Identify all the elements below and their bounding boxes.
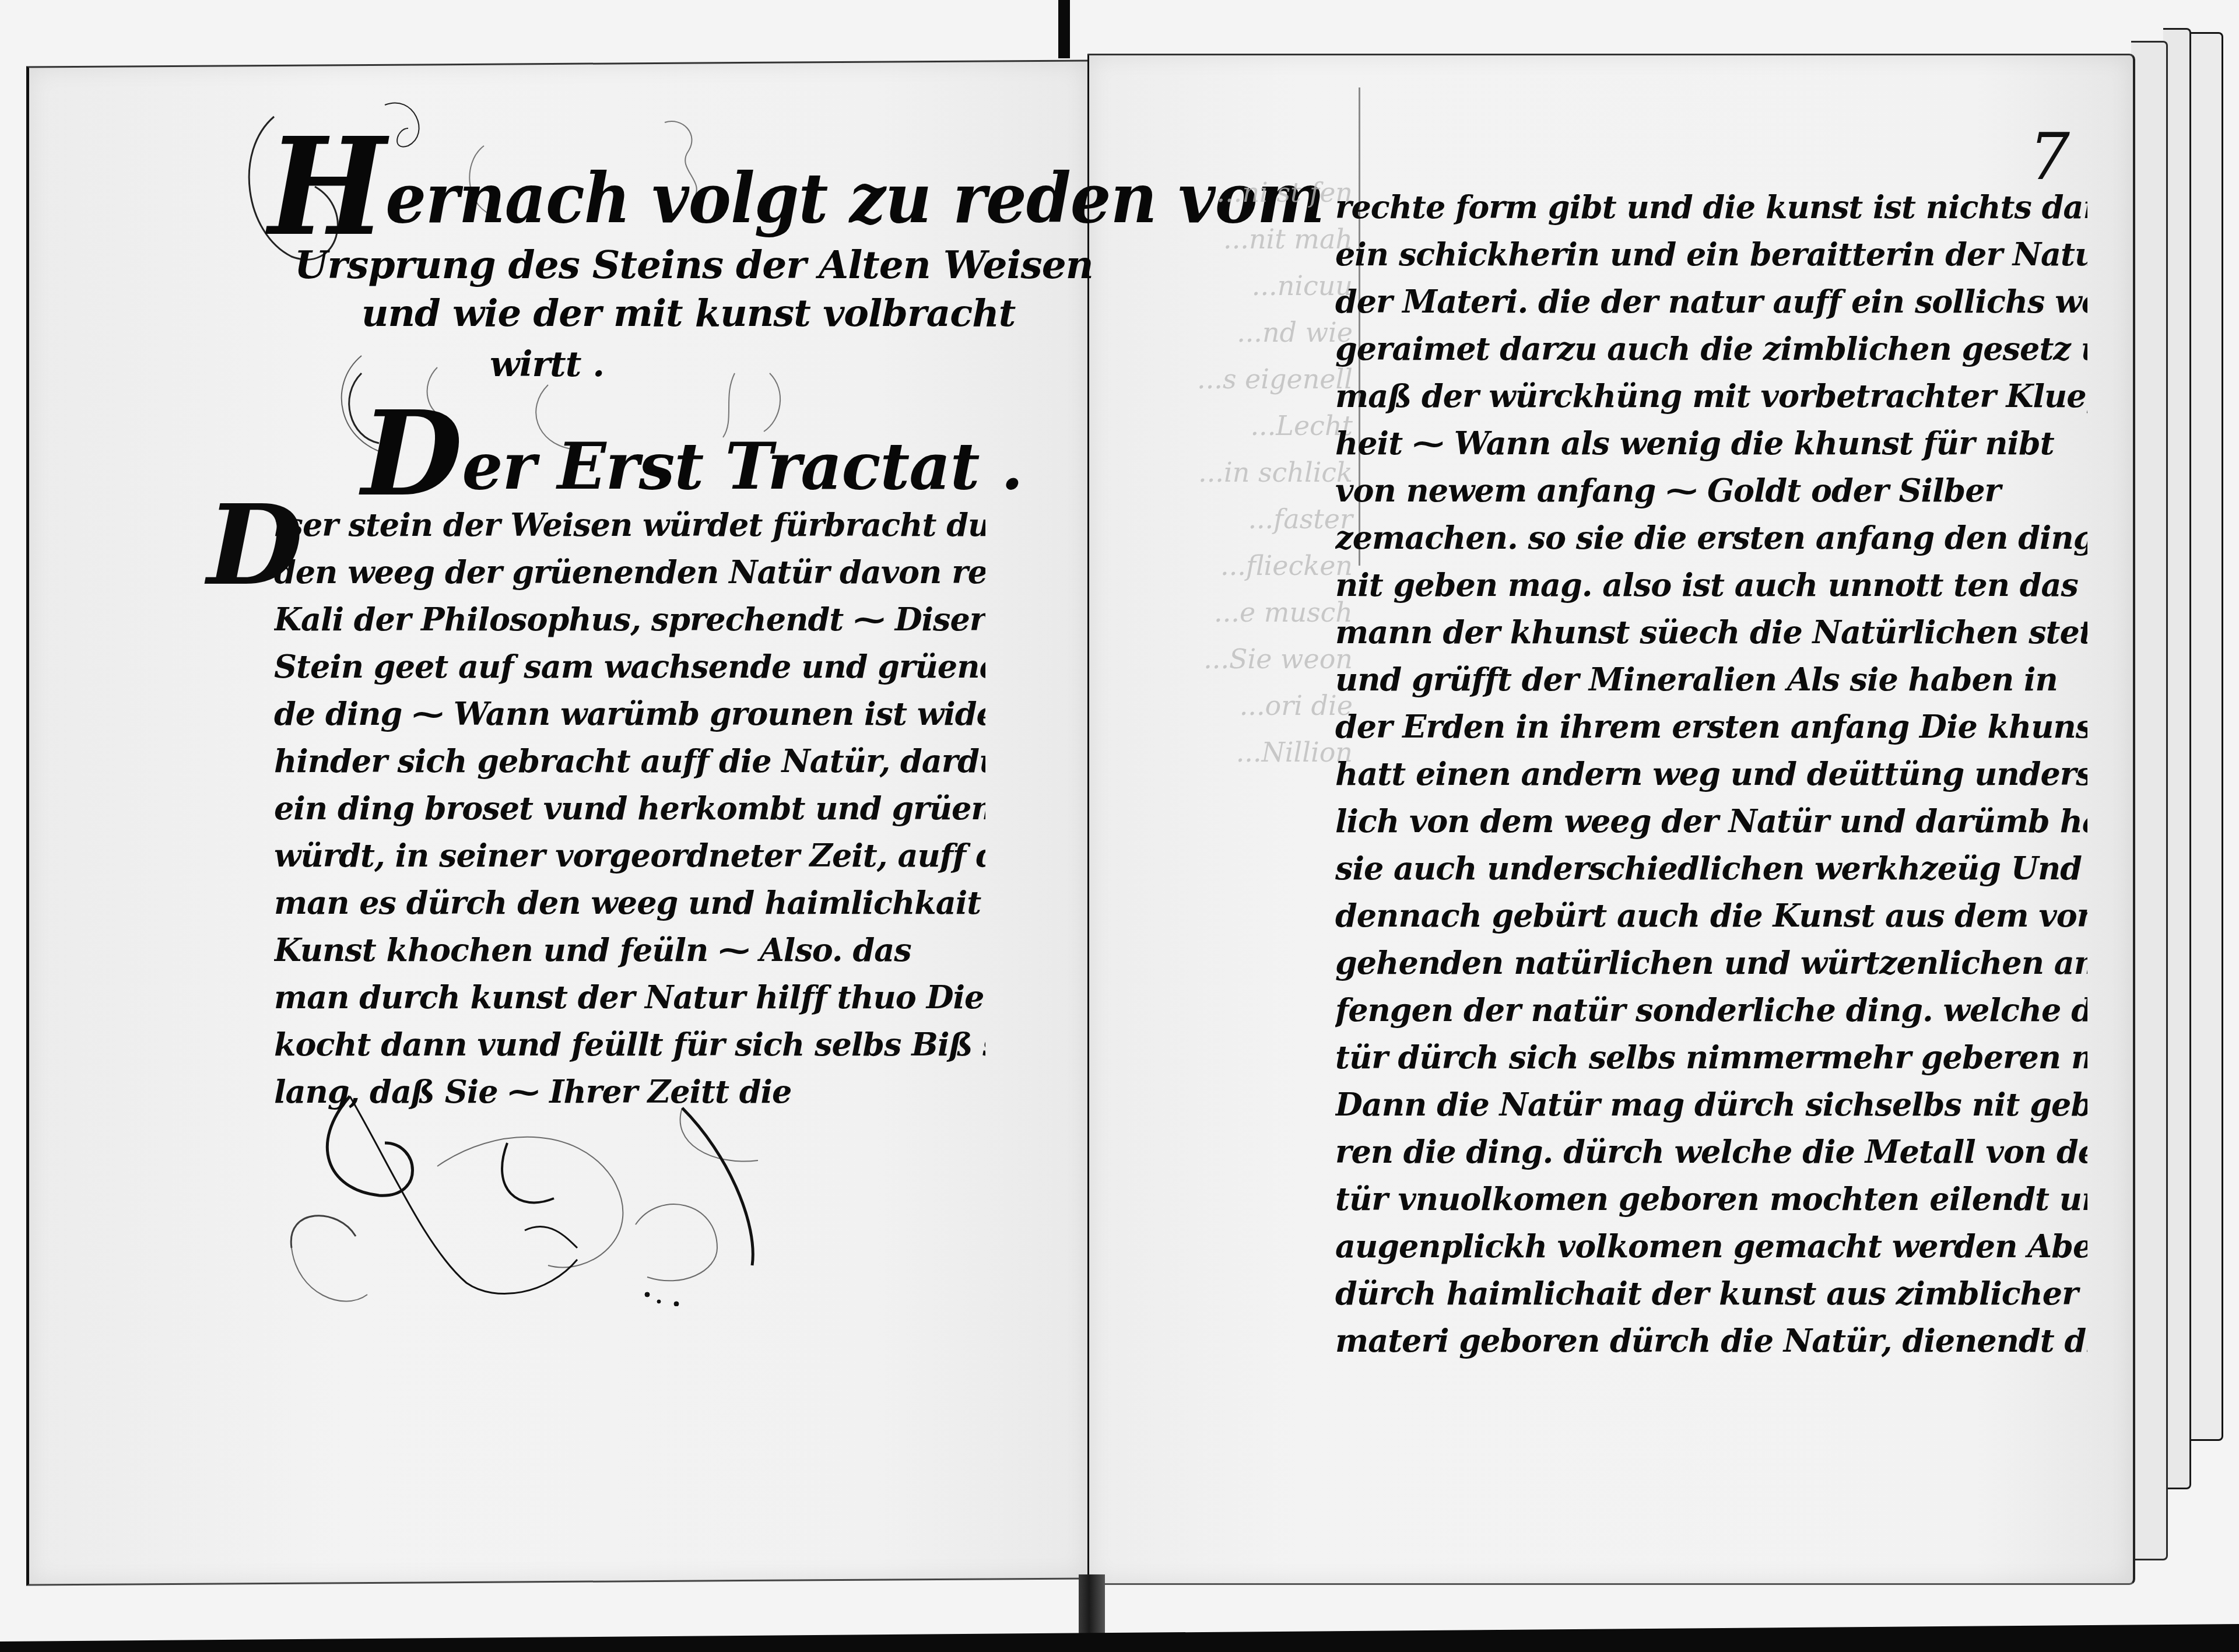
- manuscript-scan: Hernach volgt zu reden vom Ursprung des …: [0, 0, 2239, 1652]
- text-line: Kali der Philosophus, sprechendt ⁓ Diser: [274, 596, 985, 643]
- text-line: hinder sich gebracht auff die Natür, dar…: [274, 738, 985, 785]
- bleed-through-text: ...ni st fen ...nit mah ...nicuu ...nd w…: [1189, 169, 1353, 776]
- text-line: würdt, in seiner vorgeordneter Zeit, auf…: [274, 832, 985, 879]
- text-line: materi geboren dürch die Natür, dienendt…: [1335, 1317, 2087, 1365]
- text-line: geraimet darzu auch die zimblichen geset…: [1335, 325, 2087, 373]
- text-line: tür vnuolkomen geboren mochten eilendt u…: [1335, 1176, 2087, 1223]
- page-edge-leaf: [2187, 32, 2223, 1441]
- text-line: der Materi. die der natur auff ein solli…: [1335, 278, 2087, 325]
- folio-number: 7: [2029, 120, 2070, 194]
- text-line: gehenden natürlichen und würtzenlichen a…: [1335, 939, 2087, 987]
- text-line: der Erden in ihrem ersten anfang Die khu…: [1335, 703, 2087, 750]
- page-edge-leaf: [2131, 41, 2168, 1560]
- text-line: von newem anfang ⁓ Goldt oder Silber: [1335, 467, 2087, 514]
- text-line: iser stein der Weisen würdet fürbracht d…: [274, 501, 985, 549]
- text-line: augenplickh volkomen gemacht werden Aber: [1335, 1223, 2087, 1270]
- text-line: man es dürch den weeg und haimlichkait d…: [274, 879, 985, 927]
- table-surface: [0, 1617, 2239, 1652]
- title-line-3: und wie der mit kunst volbracht: [362, 292, 1015, 335]
- page-title: Hernach volgt zu reden vom: [268, 157, 1324, 238]
- text-line: tür dürch sich selbs nimmermehr geberen …: [1335, 1034, 2087, 1081]
- text-line: ren die ding. dürch welche die Metall vo…: [1335, 1128, 2087, 1176]
- text-line: ein schickherin und ein beraitterin der …: [1335, 231, 2087, 278]
- right-page-body: rechte form gibt und die kunst ist nicht…: [1335, 184, 2087, 1365]
- title-line-4: wirtt .: [490, 344, 604, 385]
- binding-spine: [1079, 1574, 1105, 1642]
- text-line: lich von dem weeg der Natür und darümb h…: [1335, 798, 2087, 845]
- text-line: rechte form gibt und die kunst ist nicht…: [1335, 184, 2087, 231]
- text-line: hatt einen andern weg und deüttüng under…: [1335, 750, 2087, 798]
- text-line: und grüfft der Mineralien Als sie haben …: [1335, 656, 2087, 703]
- chapter-heading: Der Erst Tractat .: [362, 429, 1023, 504]
- drop-cap: D: [207, 490, 303, 601]
- text-line: nit geben mag. also ist auch unnott ten …: [1335, 562, 2087, 609]
- text-line: maß der würckhüng mit vorbetrachter Klue…: [1335, 373, 2087, 420]
- text-line: man durch kunst der Natur hilff thuo Die: [274, 974, 985, 1021]
- text-line: de ding ⁓ Wann warümb grounen ist wider: [274, 690, 985, 738]
- text-line: zemachen. so sie die ersten anfang den d…: [1335, 514, 2087, 562]
- left-page-body: D iser stein der Weisen würdet fürbracht…: [274, 501, 985, 1116]
- text-line: fengen der natür sonderliche ding. welch…: [1335, 987, 2087, 1034]
- text-line: den weeg der grüenenden Natür davon rede…: [274, 549, 985, 596]
- text-line: kocht dann vund feüllt für sich selbs Bi…: [274, 1021, 985, 1068]
- text-line: lang, daß Sie ⁓ Ihrer Zeitt die: [274, 1068, 985, 1116]
- text-line: heit ⁓ Wann als wenig die khunst für nib…: [1335, 420, 2087, 467]
- binding-top: [1058, 0, 1070, 58]
- text-line: sie auch underschiedlichen werkhzeüg Und: [1335, 845, 2087, 892]
- title-line-2: Ursprung des Steins der Alten Weisen: [294, 242, 1093, 287]
- text-line: mann der khunst süech die Natürlichen st…: [1335, 609, 2087, 656]
- text-line: ein ding broset vund herkombt und grüene…: [274, 785, 985, 832]
- text-line: Kunst khochen und feüln ⁓ Also. das: [274, 927, 985, 974]
- text-line: Stein geet auf sam wachsende und grüenen: [274, 643, 985, 690]
- text-line: dennach gebürt auch die Kunst aus dem vo…: [1335, 892, 2087, 939]
- text-line: dürch haimlichait der kunst aus zimblich…: [1335, 1270, 2087, 1317]
- text-line: Dann die Natür mag dürch sichselbs nit g…: [1335, 1081, 2087, 1128]
